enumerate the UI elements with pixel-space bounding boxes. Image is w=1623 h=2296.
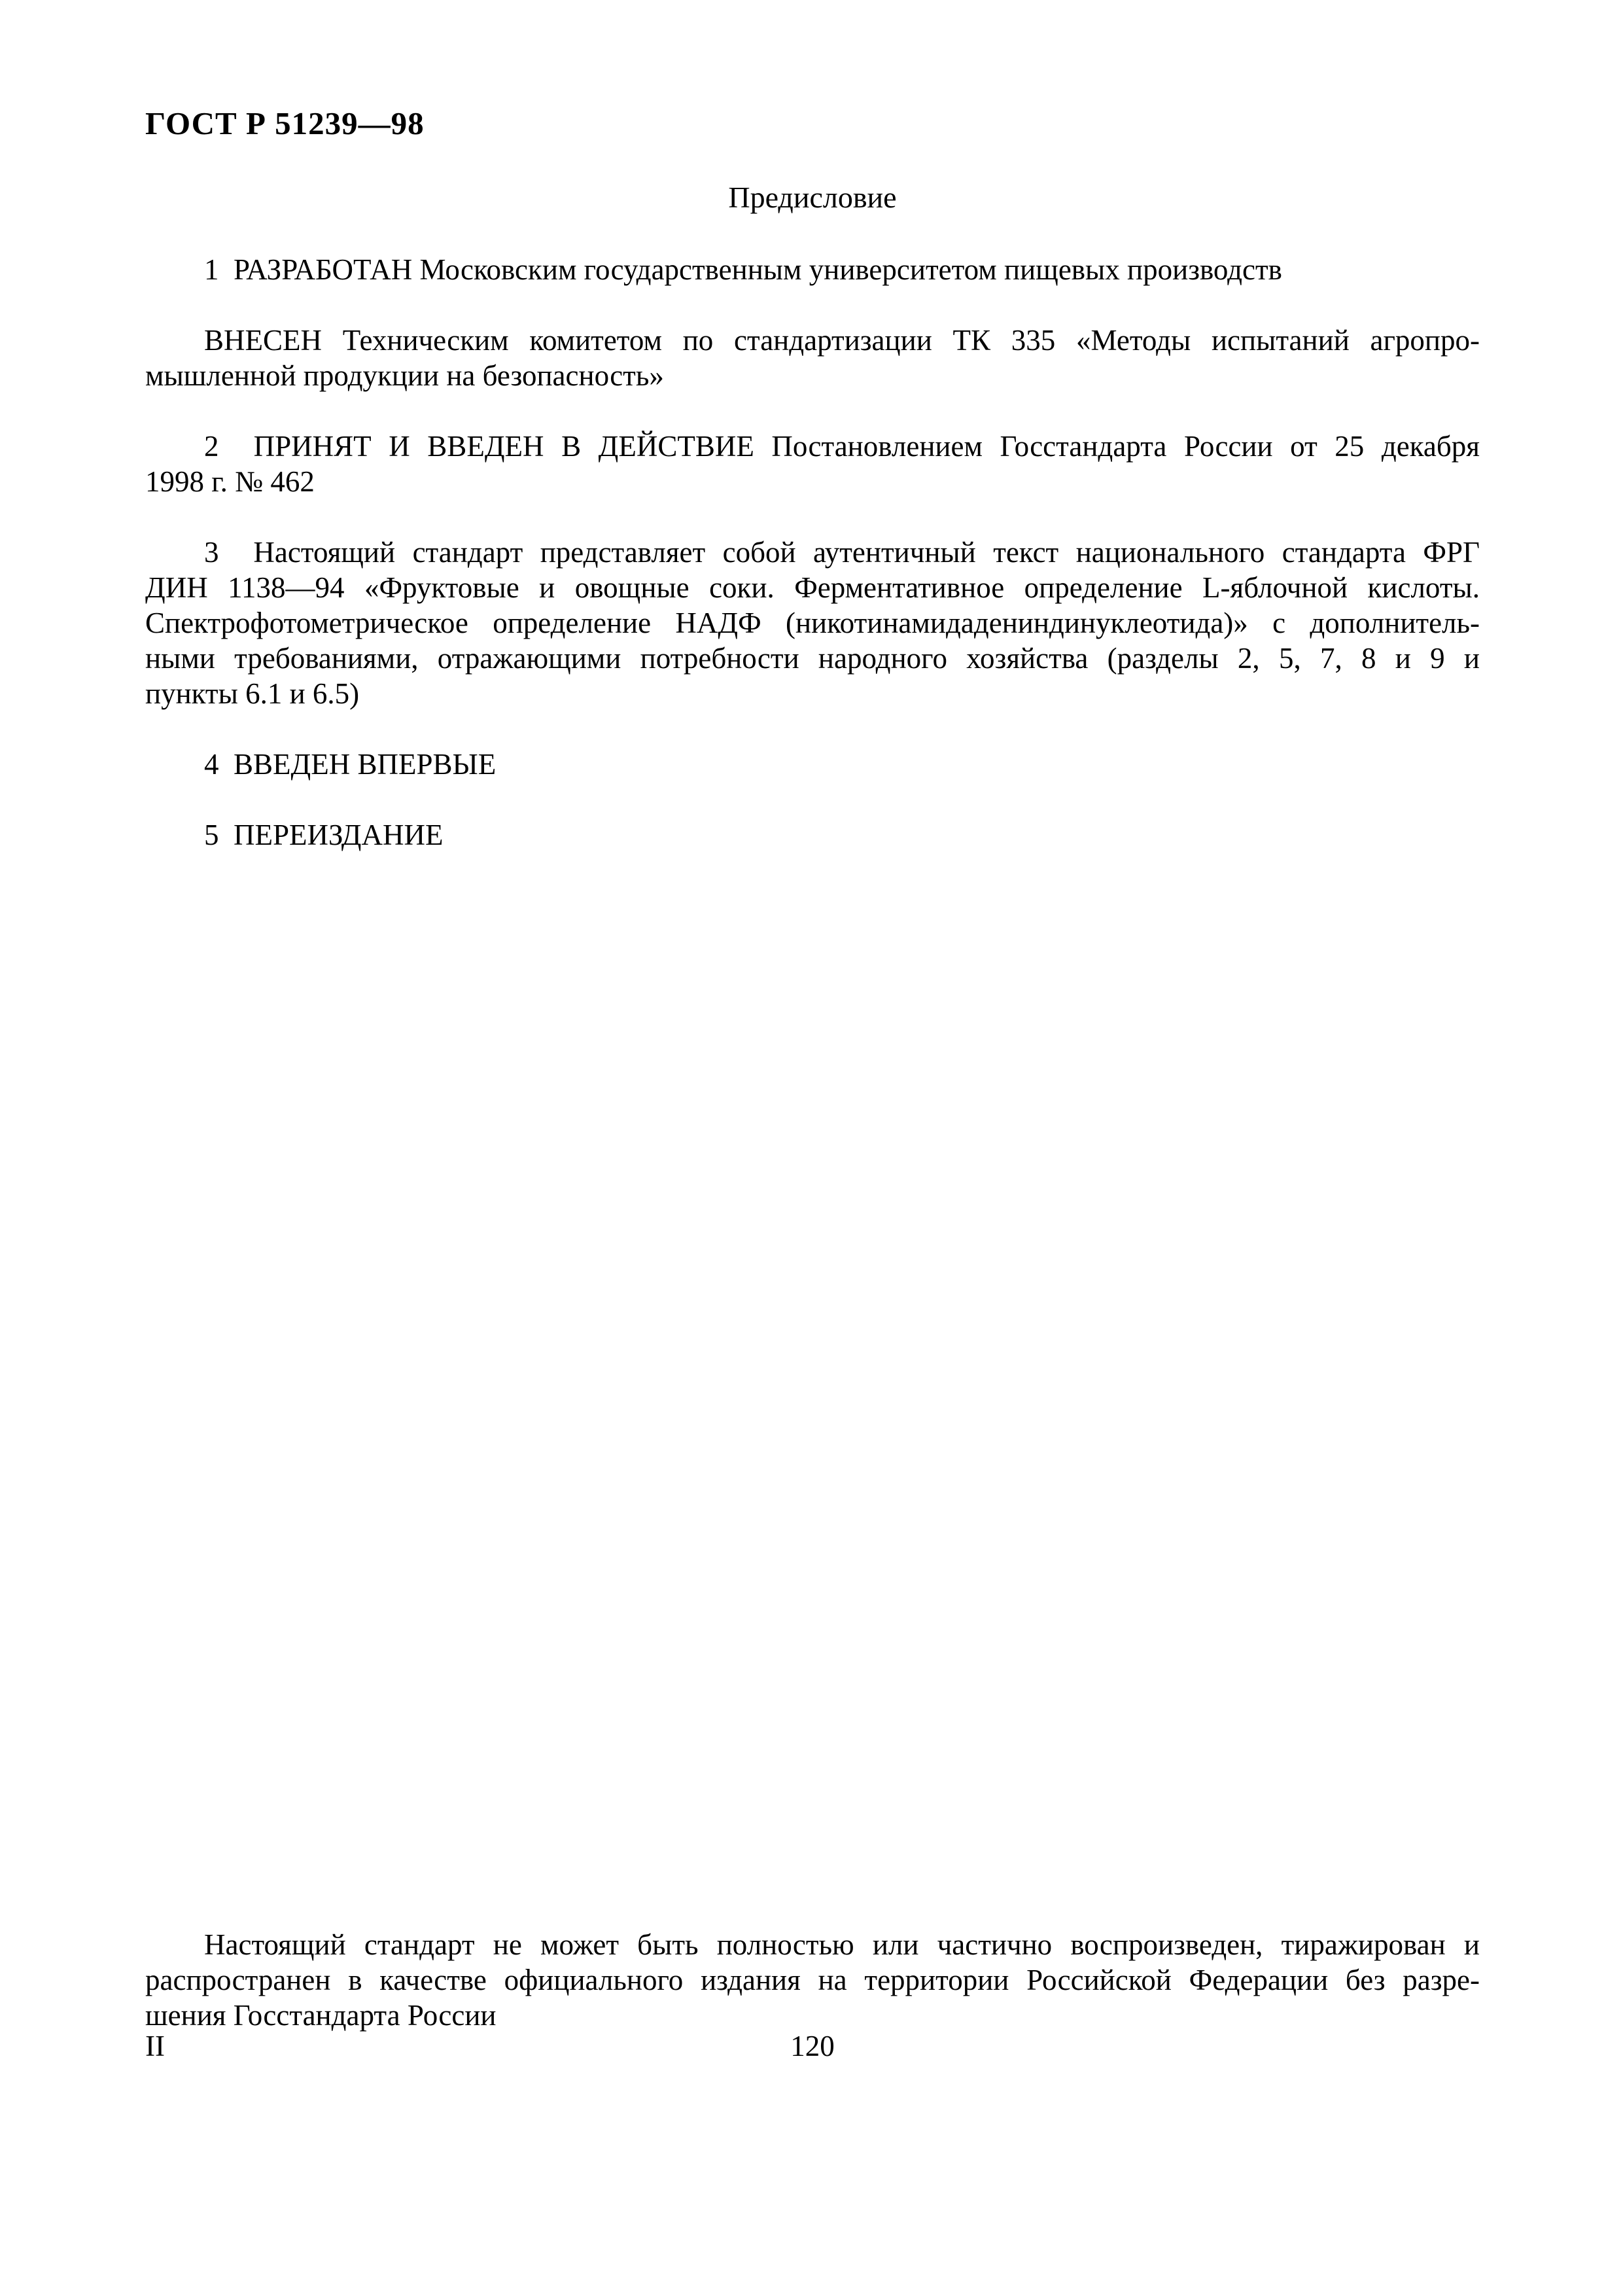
text-line: пункты 6.1 и 6.5) — [145, 676, 1480, 711]
text-line: ными требованиями, отражающими потребнос… — [145, 641, 1480, 676]
paragraph-introduced-first-time: 4 ВВЕДЕН ВПЕРВЫЕ — [145, 747, 1480, 782]
text-line: распространен в качестве официального из… — [145, 1962, 1480, 1998]
text-line: Спектрофотометрическое определение НАДФ … — [145, 605, 1480, 641]
copyright-notice: Настоящий стандарт не может быть полност… — [145, 1927, 1480, 2033]
paragraph-submitted-by: ВНЕСЕН Техническим комитетом по стандарт… — [145, 323, 1480, 393]
page-content: ГОСТ Р 51239—98 Предисловие 1 РАЗРАБОТАН… — [145, 105, 1480, 853]
text-line: 3 Настоящий стандарт представляет собой … — [145, 535, 1480, 570]
text-line: Настоящий стандарт не может быть полност… — [145, 1927, 1480, 1962]
text-line: 2 ПРИНЯТ И ВВЕДЕН В ДЕЙСТВИЕ Постановлен… — [145, 429, 1480, 464]
text-line: 1 РАЗРАБОТАН Московским государственным … — [145, 252, 1480, 287]
text-line: 1998 г. № 462 — [145, 464, 1480, 499]
paragraph-developed-by: 1 РАЗРАБОТАН Московским государственным … — [145, 252, 1480, 287]
text-line: шения Госстандарта России — [145, 1998, 1480, 2033]
text-line: 4 ВВЕДЕН ВПЕРВЫЕ — [145, 747, 1480, 782]
text-line: ДИН 1138—94 «Фруктовые и овощные соки. Ф… — [145, 570, 1480, 605]
page-footer: II 120 — [145, 2028, 1480, 2064]
footer-page-number: 120 — [145, 2028, 1480, 2064]
text-line: ВНЕСЕН Техническим комитетом по стандарт… — [145, 323, 1480, 358]
page-title: Предисловие — [145, 180, 1480, 215]
text-line: мышленной продукции на безопасность» — [145, 358, 1480, 393]
paragraph-adopted: 2 ПРИНЯТ И ВВЕДЕН В ДЕЙСТВИЕ Постановлен… — [145, 429, 1480, 499]
document-page: ГОСТ Р 51239—98 Предисловие 1 РАЗРАБОТАН… — [0, 0, 1623, 2296]
text-line: 5 ПЕРЕИЗДАНИЕ — [145, 817, 1480, 853]
paragraph-standard-description: 3 Настоящий стандарт представляет собой … — [145, 535, 1480, 711]
paragraph-reissue: 5 ПЕРЕИЗДАНИЕ — [145, 817, 1480, 853]
standard-number-header: ГОСТ Р 51239—98 — [145, 105, 1480, 142]
